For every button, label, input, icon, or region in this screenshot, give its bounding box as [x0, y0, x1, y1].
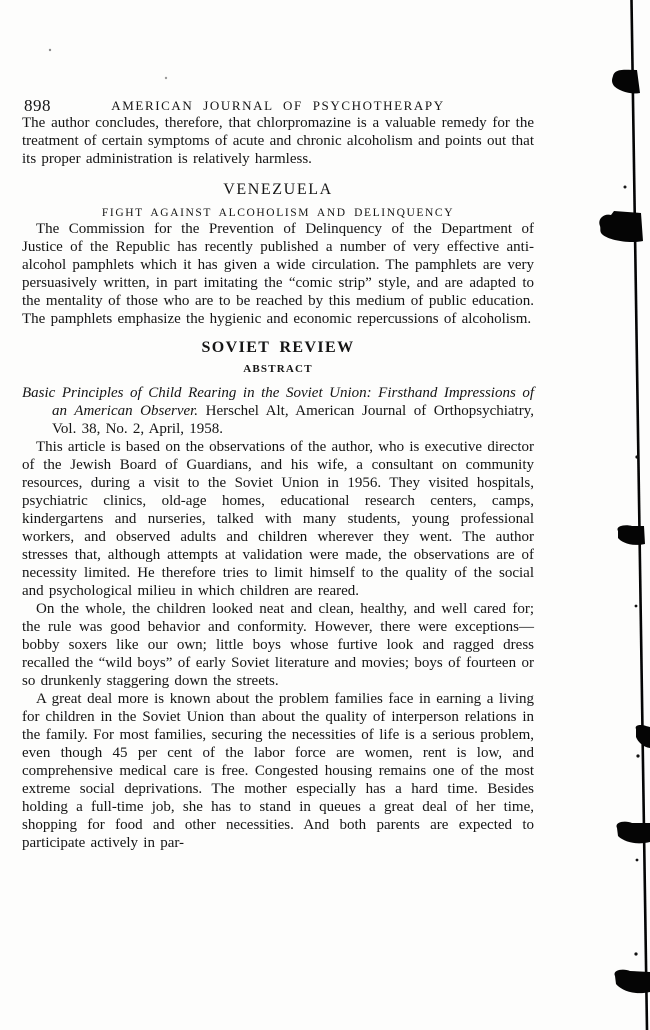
speck [635, 455, 638, 458]
section-heading-venezuela: VENEZUELA [22, 180, 534, 200]
running-head: 898 AMERICAN JOURNAL OF PSYCHOTHERAPY [22, 96, 534, 114]
venezuela-paragraph: The Commission for the Prevention of Del… [22, 220, 534, 328]
intro-paragraph: The author concludes, therefore, that ch… [22, 114, 534, 168]
speck [636, 754, 639, 757]
binding-mark [599, 211, 643, 242]
abstract-paragraph-1: This article is based on the observation… [22, 438, 534, 600]
abstract-label: ABSTRACT [22, 362, 534, 376]
journal-title: AMERICAN JOURNAL OF PSYCHOTHERAPY [22, 96, 534, 114]
citation: Basic Principles of Child Rearing in the… [22, 384, 534, 438]
speck [165, 77, 167, 79]
speck [624, 186, 627, 189]
section-subheading-venezuela: FIGHT AGAINST ALCOHOLISM AND DELINQUENCY [22, 206, 534, 220]
speck [49, 49, 51, 51]
binding-mark [616, 822, 650, 844]
scanned-journal-page: 898 AMERICAN JOURNAL OF PSYCHOTHERAPY Th… [0, 0, 650, 1030]
section-heading-soviet-review: SOVIET REVIEW [22, 338, 534, 358]
binding-mark [617, 525, 645, 545]
abstract-paragraph-2: On the whole, the children looked neat a… [22, 600, 534, 690]
page-number: 898 [24, 96, 51, 116]
speck [636, 859, 639, 862]
binding-mark [612, 70, 640, 94]
binding-mark [614, 970, 650, 994]
binding-line [632, 0, 648, 1030]
text-column: 898 AMERICAN JOURNAL OF PSYCHOTHERAPY Th… [22, 96, 534, 852]
binding-mark [636, 725, 650, 748]
abstract-paragraph-3: A great deal more is known about the pro… [22, 690, 534, 852]
speck [635, 605, 638, 608]
speck [634, 952, 637, 955]
